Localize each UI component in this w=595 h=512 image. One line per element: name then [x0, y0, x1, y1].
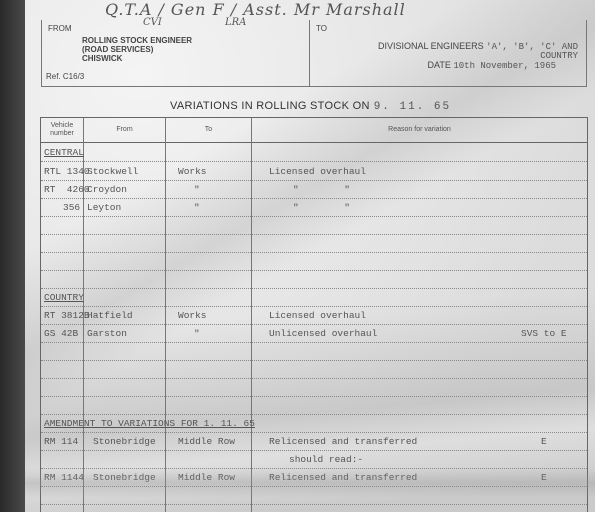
empty-row	[41, 270, 587, 289]
reason: Unlicensed overhaul	[269, 328, 377, 339]
recipient-block: DIVISIONAL ENGINEERS 'A', 'B', 'C' AND C…	[378, 42, 578, 71]
variation-note: E	[541, 472, 547, 483]
empty-row	[41, 486, 587, 505]
from-label: FROM	[48, 24, 72, 33]
sender-line: CHISWICK	[82, 54, 192, 63]
title-date: 9. 11. 65	[374, 101, 451, 113]
vehicle-number: RM 114	[44, 436, 78, 447]
to-destination: "	[194, 328, 200, 339]
vehicle-number: 356	[63, 202, 80, 213]
sender-line: (ROAD SERVICES)	[82, 45, 192, 54]
table-row: RT 4260 Croydon " " "	[41, 180, 587, 199]
to-destination: "	[194, 202, 200, 213]
from-garage: Croydon	[87, 184, 127, 195]
section-row: COUNTRY	[41, 288, 587, 307]
header-vehicle-number: Vehicle number	[41, 118, 83, 142]
to-destination: Middle Row	[178, 436, 235, 447]
reference-number: Ref. C16/3	[46, 72, 84, 81]
recipient-country: COUNTRY	[378, 52, 578, 61]
section-amendment: AMENDMENT TO VARIATIONS FOR 1. 11. 65	[44, 418, 255, 429]
empty-row	[41, 396, 587, 415]
reason: " "	[293, 184, 350, 195]
header-to: To	[166, 118, 251, 142]
vehicle-number: RTL 1340	[44, 166, 90, 177]
to-label: TO	[316, 24, 327, 33]
header-from: From	[84, 118, 165, 142]
table-row: GS 42B Garston " Unlicensed overhaul SVS…	[41, 324, 587, 343]
section-central: CENTRAL	[44, 147, 84, 158]
table-row: RTL 1340 Stockwell Works Licensed overha…	[41, 162, 587, 181]
document-title: VARIATIONS IN ROLLING STOCK ON9. 11. 65	[170, 100, 451, 113]
vehicle-number: RM 1144	[44, 472, 84, 483]
reason: Licensed overhaul	[269, 310, 366, 321]
sender-line: ROLLING STOCK ENGINEER	[82, 36, 192, 45]
to-destination: Middle Row	[178, 472, 235, 483]
from-garage: Hatfield	[87, 310, 133, 321]
scanner-binding-edge	[0, 0, 25, 512]
from-garage: Stonebridge	[93, 472, 156, 483]
sender-block: ROLLING STOCK ENGINEER (ROAD SERVICES) C…	[82, 36, 192, 63]
section-row: AMENDMENT TO VARIATIONS FOR 1. 11. 65	[41, 414, 587, 433]
table-row: RM 114 Stonebridge Middle Row Relicensed…	[41, 432, 587, 451]
variation-note: SVS to E	[521, 328, 567, 339]
section-country: COUNTRY	[44, 292, 84, 303]
table-row: 356 Leyton " " "	[41, 198, 587, 217]
empty-row	[41, 216, 587, 235]
from-garage: Stockwell	[87, 166, 138, 177]
table-row: RM 1144 Stonebridge Middle Row Relicense…	[41, 468, 587, 487]
to-box: TO DIVISIONAL ENGINEERS 'A', 'B', 'C' AN…	[309, 20, 587, 87]
reason: Relicensed and transferred	[269, 472, 417, 483]
section-row: CENTRAL	[41, 143, 587, 162]
date-value: 10th November, 1965	[453, 61, 556, 71]
reason: Licensed overhaul	[269, 166, 366, 177]
reason: Relicensed and transferred	[269, 436, 417, 447]
recipient-label: DIVISIONAL ENGINEERS	[378, 41, 484, 51]
from-garage: Leyton	[87, 202, 121, 213]
table-row: should read:-	[41, 450, 587, 469]
vehicle-number: RT 4260	[44, 184, 90, 195]
empty-row	[41, 378, 587, 397]
empty-row	[41, 360, 587, 379]
from-garage: Stonebridge	[93, 436, 156, 447]
date-label: DATE	[428, 60, 451, 70]
from-box: FROM ROLLING STOCK ENGINEER (ROAD SERVIC…	[41, 20, 310, 87]
empty-row	[41, 234, 587, 253]
to-destination: Works	[178, 310, 207, 321]
vehicle-number: RT 3812B	[44, 310, 90, 321]
table-header: Vehicle number From To Reason for variat…	[41, 118, 587, 143]
title-text: VARIATIONS IN ROLLING STOCK ON	[170, 100, 370, 112]
reason: " "	[293, 202, 350, 213]
to-destination: "	[194, 184, 200, 195]
table-row: RT 3812B Hatfield Works Licensed overhau…	[41, 306, 587, 325]
header-reason: Reason for variation	[252, 118, 587, 142]
from-garage: Garston	[87, 328, 127, 339]
correction-note: should read:-	[289, 454, 363, 465]
vehicle-number: GS 42B	[44, 328, 78, 339]
empty-row	[41, 252, 587, 271]
to-destination: Works	[178, 166, 207, 177]
variation-note: E	[541, 436, 547, 447]
empty-row	[41, 342, 587, 361]
variations-table: Vehicle number From To Reason for variat…	[40, 117, 588, 512]
